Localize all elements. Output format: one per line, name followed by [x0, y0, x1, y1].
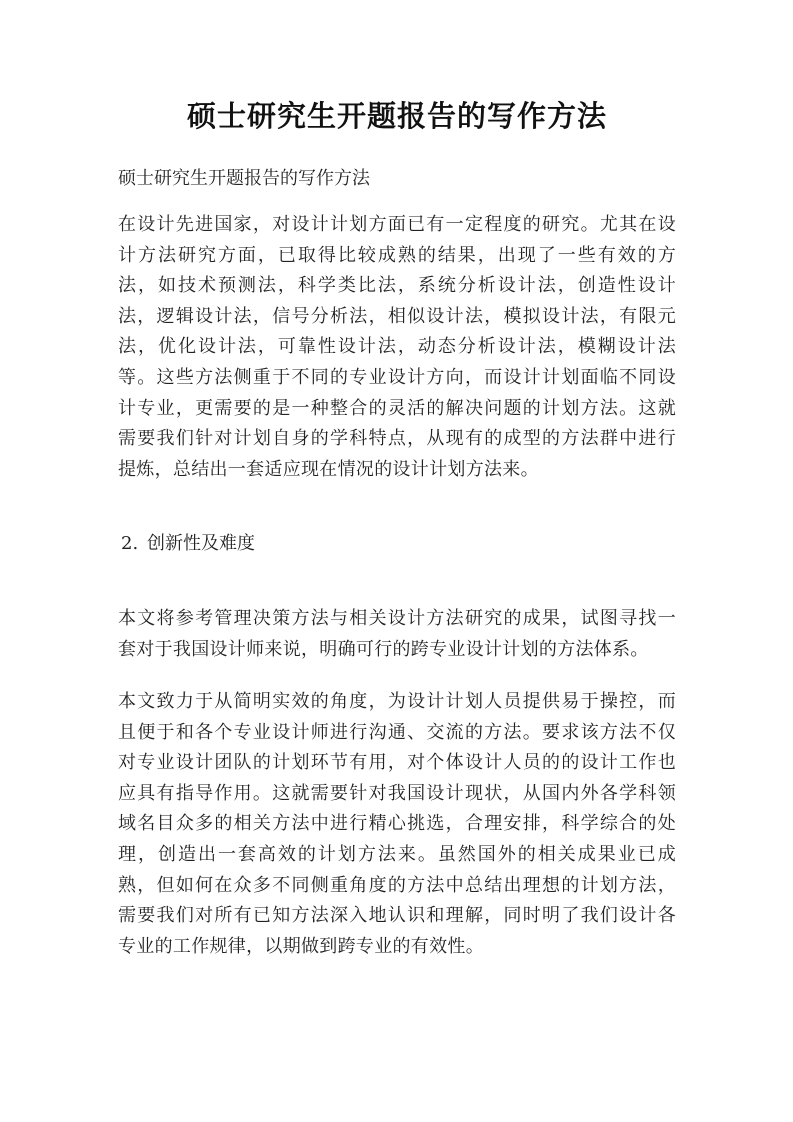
- paragraph-line: 本文将参考管理决策方法与相关设计方法研究的成果，试图寻找一: [118, 604, 676, 635]
- paragraph-line: 需要我们对所有已知方法深入地认识和理解，同时明了我们设计各: [118, 901, 676, 932]
- paragraph-line: 法，优化设计法，可靠性设计法，动态分析设计法，模糊设计法: [118, 332, 676, 363]
- paragraph-line: 等。这些方法侧重于不同的专业设计方向，而设计计划面临不同设: [118, 363, 676, 394]
- paragraph-line: 且便于和各个专业设计师进行沟通、交流的方法。要求该方法不仅: [118, 718, 676, 749]
- section-number: 2.: [121, 529, 147, 559]
- paragraph-line: 本文致力于从简明实效的角度，为设计计划人员提供易于操控，而: [118, 687, 676, 718]
- document-title: 硕士研究生开题报告的写作方法: [118, 96, 676, 136]
- paragraph-line: 法，如技术预测法，科学类比法，系统分析设计法，创造性设计: [118, 271, 676, 302]
- paragraph-line: 套对于我国设计师来说，明确可行的跨专业设计计划的方法体系。: [118, 635, 676, 666]
- paragraph-line: 对专业设计团队的计划环节有用，对个体设计人员的的设计工作也: [118, 748, 676, 779]
- paragraph-line: 法，逻辑设计法，信号分析法，相似设计法，模拟设计法，有限元: [118, 302, 676, 333]
- section-heading-text: 创新性及难度: [147, 533, 255, 554]
- paragraph-line: 域名目众多的相关方法中进行精心挑选，合理安排，科学综合的处: [118, 809, 676, 840]
- paragraph-line: 计专业，更需要的是一种整合的灵活的解决问题的计划方法。这就: [118, 394, 676, 425]
- paragraph-goal: 本文将参考管理决策方法与相关设计方法研究的成果，试图寻找一 套对于我国设计师来说…: [118, 604, 676, 665]
- paragraph-background: 在设计先进国家，对设计计划方面已有一定程度的研究。尤其在设 计方法研究方面，已取…: [118, 210, 676, 485]
- paragraph-line: 应具有指导作用。这就需要针对我国设计现状，从国内外各学科领: [118, 779, 676, 810]
- document-subtitle: 硕士研究生开题报告的写作方法: [118, 164, 370, 194]
- section-heading-innovation: 2.创新性及难度: [121, 529, 255, 559]
- paragraph-line: 计方法研究方面，已取得比较成熟的结果，出现了一些有效的方: [118, 241, 676, 272]
- paragraph-line: 专业的工作规律，以期做到跨专业的有效性。: [118, 932, 676, 963]
- paragraph-line: 提炼，总结出一套适应现在情况的设计计划方法来。: [118, 455, 676, 486]
- paragraph-line: 理，创造出一套高效的计划方法来。虽然国外的相关成果业已成: [118, 840, 676, 871]
- paragraph-line: 需要我们针对计划自身的学科特点，从现有的成型的方法群中进行: [118, 424, 676, 455]
- paragraph-approach: 本文致力于从简明实效的角度，为设计计划人员提供易于操控，而 且便于和各个专业设计…: [118, 687, 676, 962]
- paragraph-line: 在设计先进国家，对设计计划方面已有一定程度的研究。尤其在设: [118, 210, 676, 241]
- paragraph-line: 熟，但如何在众多不同侧重角度的方法中总结出理想的计划方法，: [118, 871, 676, 902]
